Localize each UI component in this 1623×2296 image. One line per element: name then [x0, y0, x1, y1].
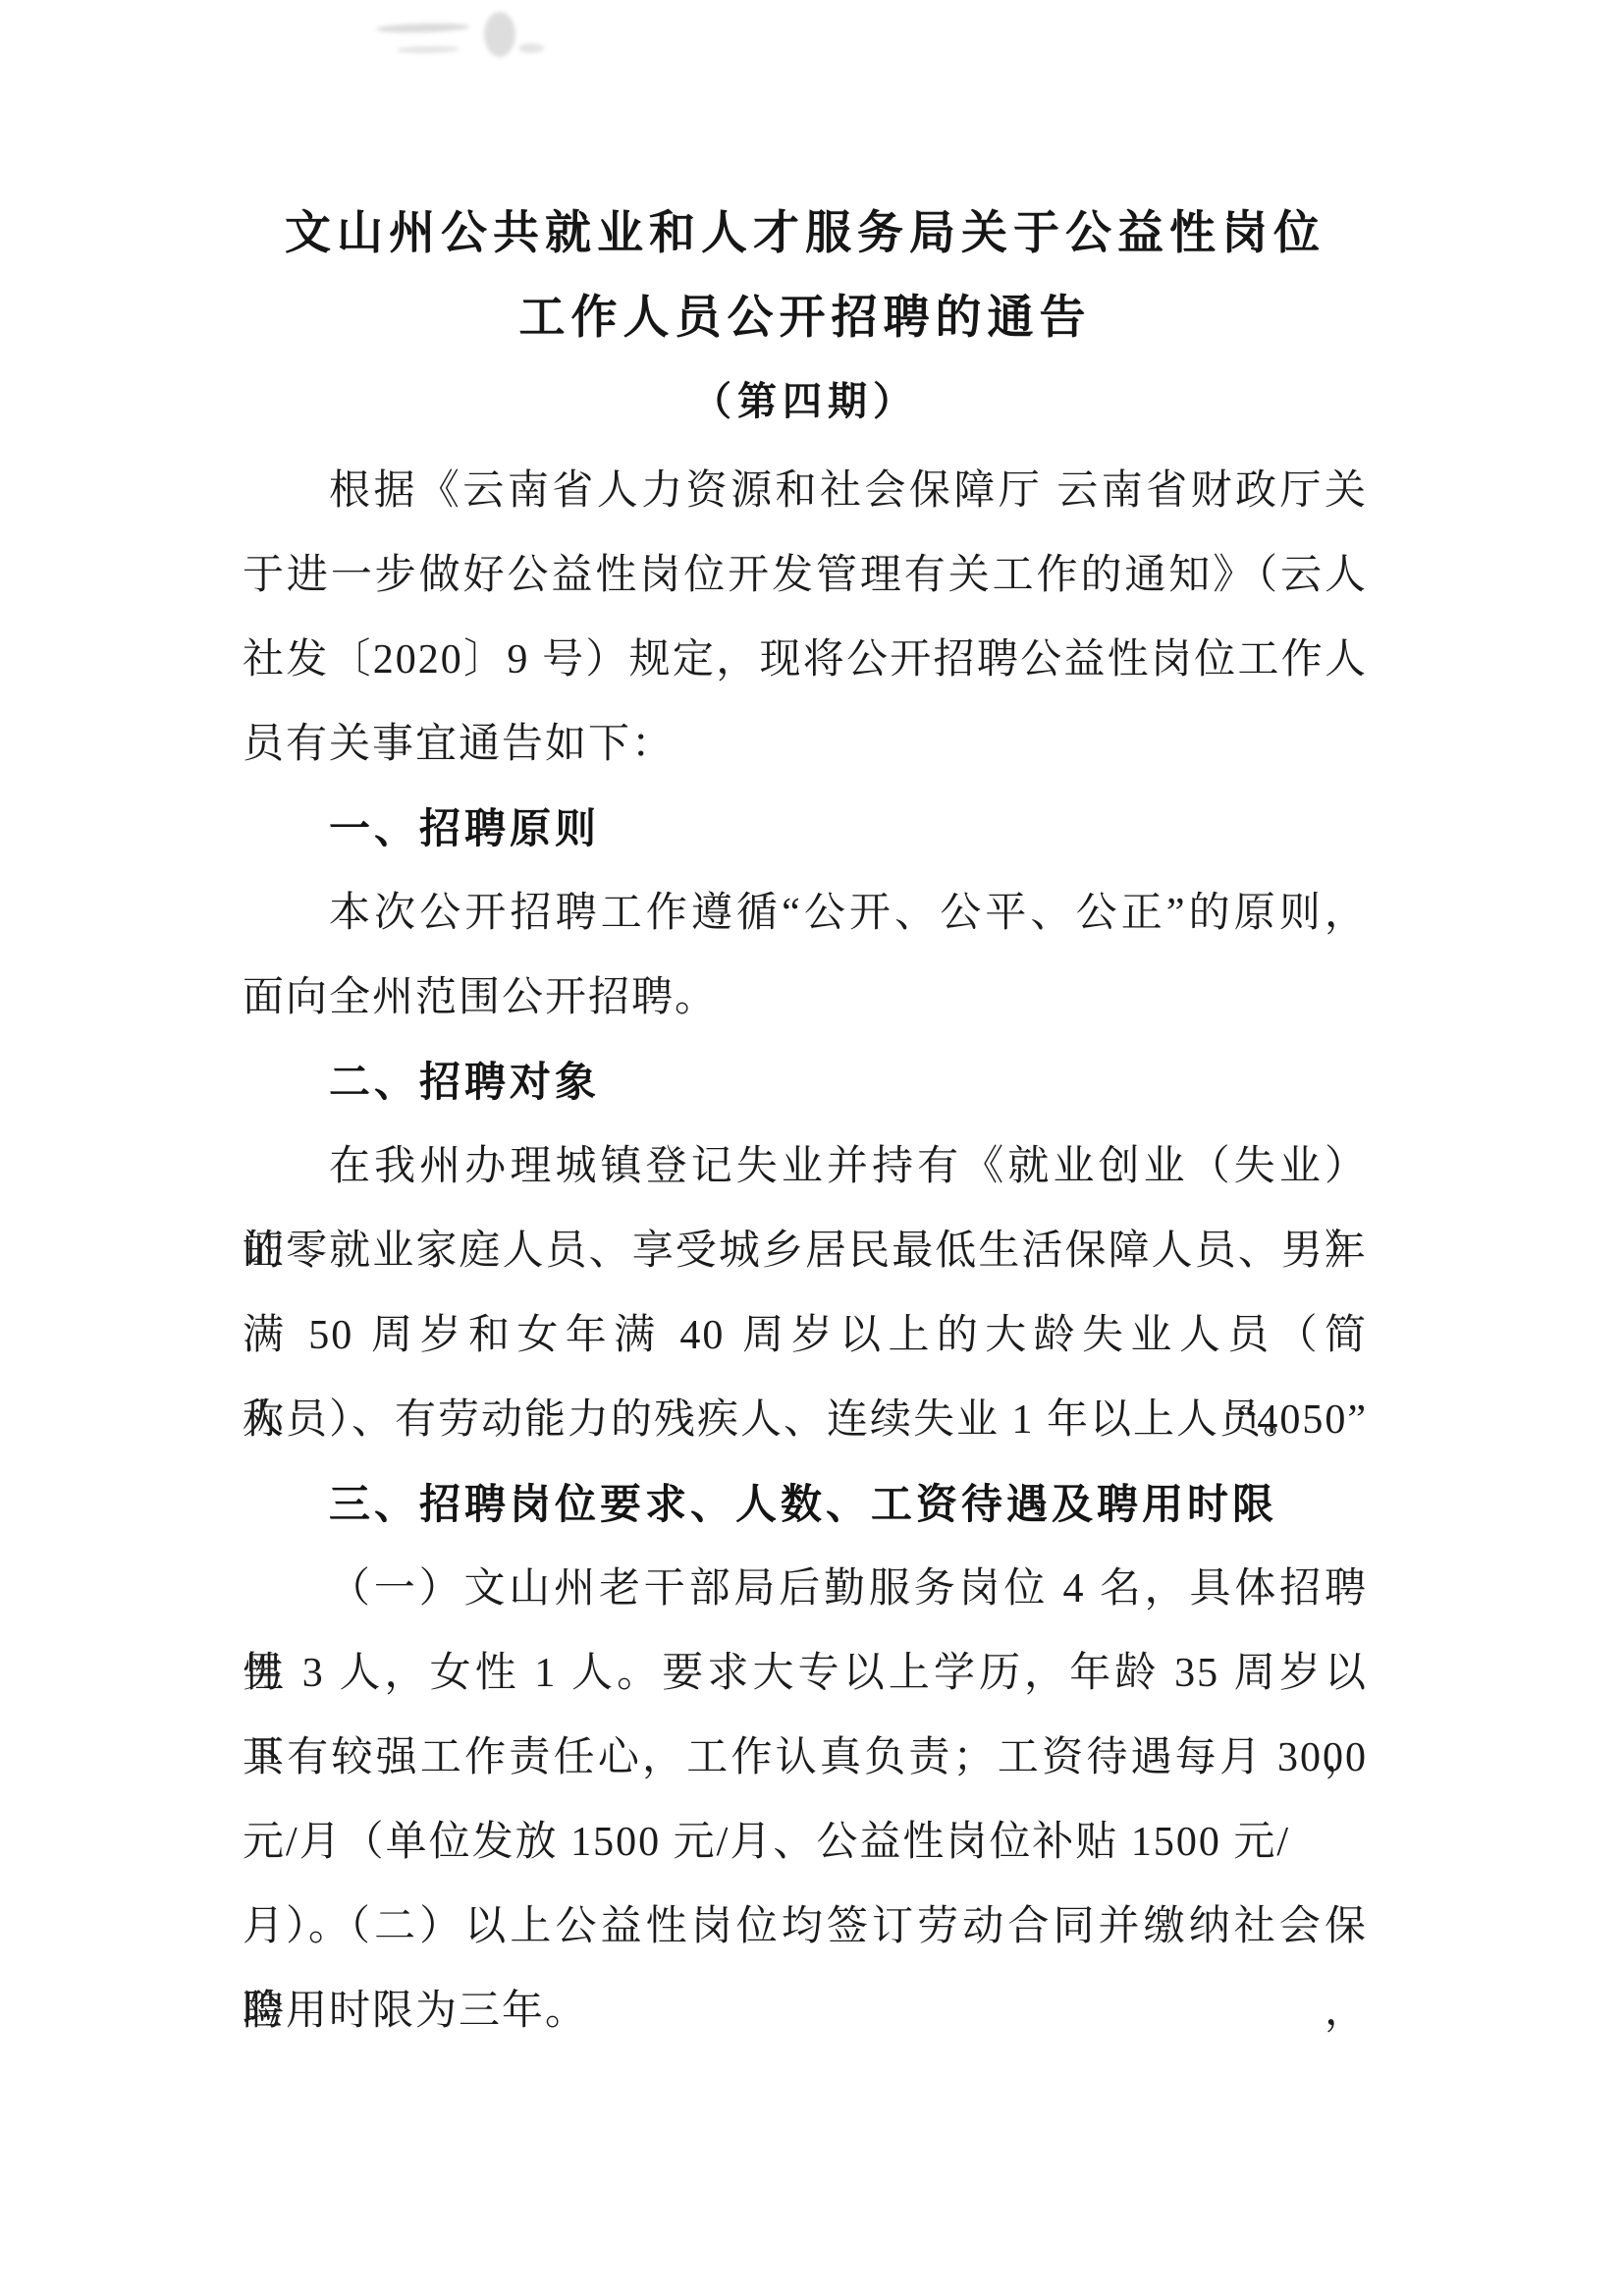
- body-line: 元/月（单位发放 1500 元/月、公益性岗位补贴 1500 元/月）。: [243, 1800, 1368, 1885]
- issue-number: （第四期）: [243, 359, 1368, 444]
- body-line: 性 3 人，女性 1 人。要求大专以上学历，年龄 35 周岁以下，: [243, 1631, 1368, 1716]
- body-line: 在我州办理城镇登记失业并持有《就业创业（失业）证》: [243, 1124, 1368, 1209]
- notice-title: 文山州公共就业和人才服务局关于公益性岗位 工作人员公开招聘的通告: [243, 191, 1368, 359]
- section-heading: 三、招聘岗位要求、人数、工资待遇及聘用时限: [243, 1462, 1368, 1547]
- body-line: 面向全州范围公开招聘。: [243, 956, 1368, 1040]
- title-line-1: 文山州公共就业和人才服务局关于公益性岗位: [243, 191, 1368, 275]
- body-line: 的零就业家庭人员、享受城乡居民最低生活保障人员、男年: [243, 1209, 1368, 1293]
- body-line: 根据《云南省人力资源和社会保障厅 云南省财政厅关: [243, 449, 1368, 533]
- body-line: （二）以上公益性岗位均签订劳动合同并缴纳社会保险，: [243, 1885, 1368, 1969]
- body-line: 具有较强工作责任心，工作认真负责；工资待遇每月 3000: [243, 1716, 1368, 1800]
- scan-smudge: [484, 12, 515, 57]
- title-line-2: 工作人员公开招聘的通告: [243, 275, 1368, 359]
- body-line: 员有关事宜通告如下：: [243, 702, 1368, 787]
- body-line: 于进一步做好公益性岗位开发管理有关工作的通知》（云人: [243, 533, 1368, 618]
- section-heading: 一、招聘原则: [243, 787, 1368, 871]
- body-line: 本次公开招聘工作遵循“公开、公平、公正”的原则，: [243, 871, 1368, 956]
- notice-page: 文山州公共就业和人才服务局关于公益性岗位 工作人员公开招聘的通告 （第四期） 根…: [0, 0, 1623, 2296]
- body-line: 社发〔2020〕9 号）规定，现将公开招聘公益性岗位工作人: [243, 618, 1368, 702]
- scan-smudge: [376, 23, 469, 33]
- body-line: （一）文山州老干部局后勤服务岗位 4 名，具体招聘男: [243, 1547, 1368, 1631]
- section-heading: 二、招聘对象: [243, 1040, 1368, 1124]
- notice-body: 根据《云南省人力资源和社会保障厅 云南省财政厅关 于进一步做好公益性岗位开发管理…: [243, 449, 1368, 2053]
- scan-smudge: [397, 45, 460, 53]
- body-line: 满 50 周岁和女年满 40 周岁以上的大龄失业人员（简称“4050”: [243, 1293, 1368, 1378]
- scan-smudge: [518, 43, 544, 53]
- body-line: 人员）、有劳动能力的残疾人、连续失业 1 年以上人员。: [243, 1378, 1368, 1462]
